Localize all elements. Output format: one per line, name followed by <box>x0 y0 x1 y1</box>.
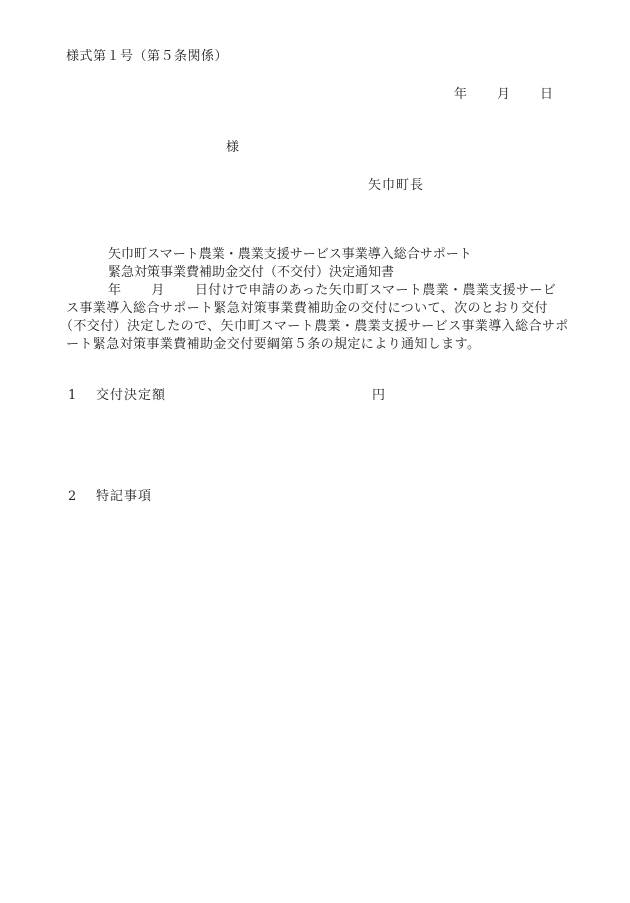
sender: 矢巾町長 <box>368 177 424 195</box>
form-number: 様式第１号（第５条関係） <box>66 48 228 66</box>
body-year-label: 年 <box>108 282 121 300</box>
body-paragraph: 年月日付けで申請のあった矢巾町スマート農業・農業支援サービ ス事業導入総合サポー… <box>66 282 576 354</box>
date-line: 年月日 <box>454 86 553 104</box>
date-year-label: 年 <box>454 86 467 104</box>
item-number: 2 <box>68 488 96 506</box>
date-day-label: 日 <box>540 86 553 104</box>
date-month-label: 月 <box>497 86 510 104</box>
body-line-2: ス事業導入総合サポート緊急対策事業費補助金の交付について、次のとおり交付 <box>66 300 576 318</box>
document-title: 矢巾町スマート農業・農業支援サービス事業導入総合サポート 緊急対策事業費補助金交… <box>108 246 472 282</box>
yen-unit: 円 <box>372 387 385 405</box>
item-label: 交付決定額 <box>96 387 166 405</box>
body-line-4: ート緊急対策事業費補助金交付要綱第５条の規定により通知します。 <box>66 336 576 354</box>
body-line-1-text: 日付けで申請のあった矢巾町スマート農業・農業支援サービ <box>195 282 556 300</box>
title-line-1: 矢巾町スマート農業・農業支援サービス事業導入総合サポート <box>108 246 472 264</box>
item-grant-amount: 1交付決定額 円 <box>68 387 166 405</box>
item-special-notes: 2特記事項 <box>68 488 152 506</box>
item-number: 1 <box>68 387 96 405</box>
body-line-3: （不交付）決定したので、矢巾町スマート農業・農業支援サービス事業導入総合サポ <box>60 318 576 336</box>
title-line-2: 緊急対策事業費補助金交付（不交付）決定通知書 <box>108 264 472 282</box>
recipient-suffix: 様 <box>226 139 239 157</box>
body-line-1: 年月日付けで申請のあった矢巾町スマート農業・農業支援サービ <box>66 282 576 300</box>
body-month-label: 月 <box>151 282 164 300</box>
item-label: 特記事項 <box>96 488 152 506</box>
